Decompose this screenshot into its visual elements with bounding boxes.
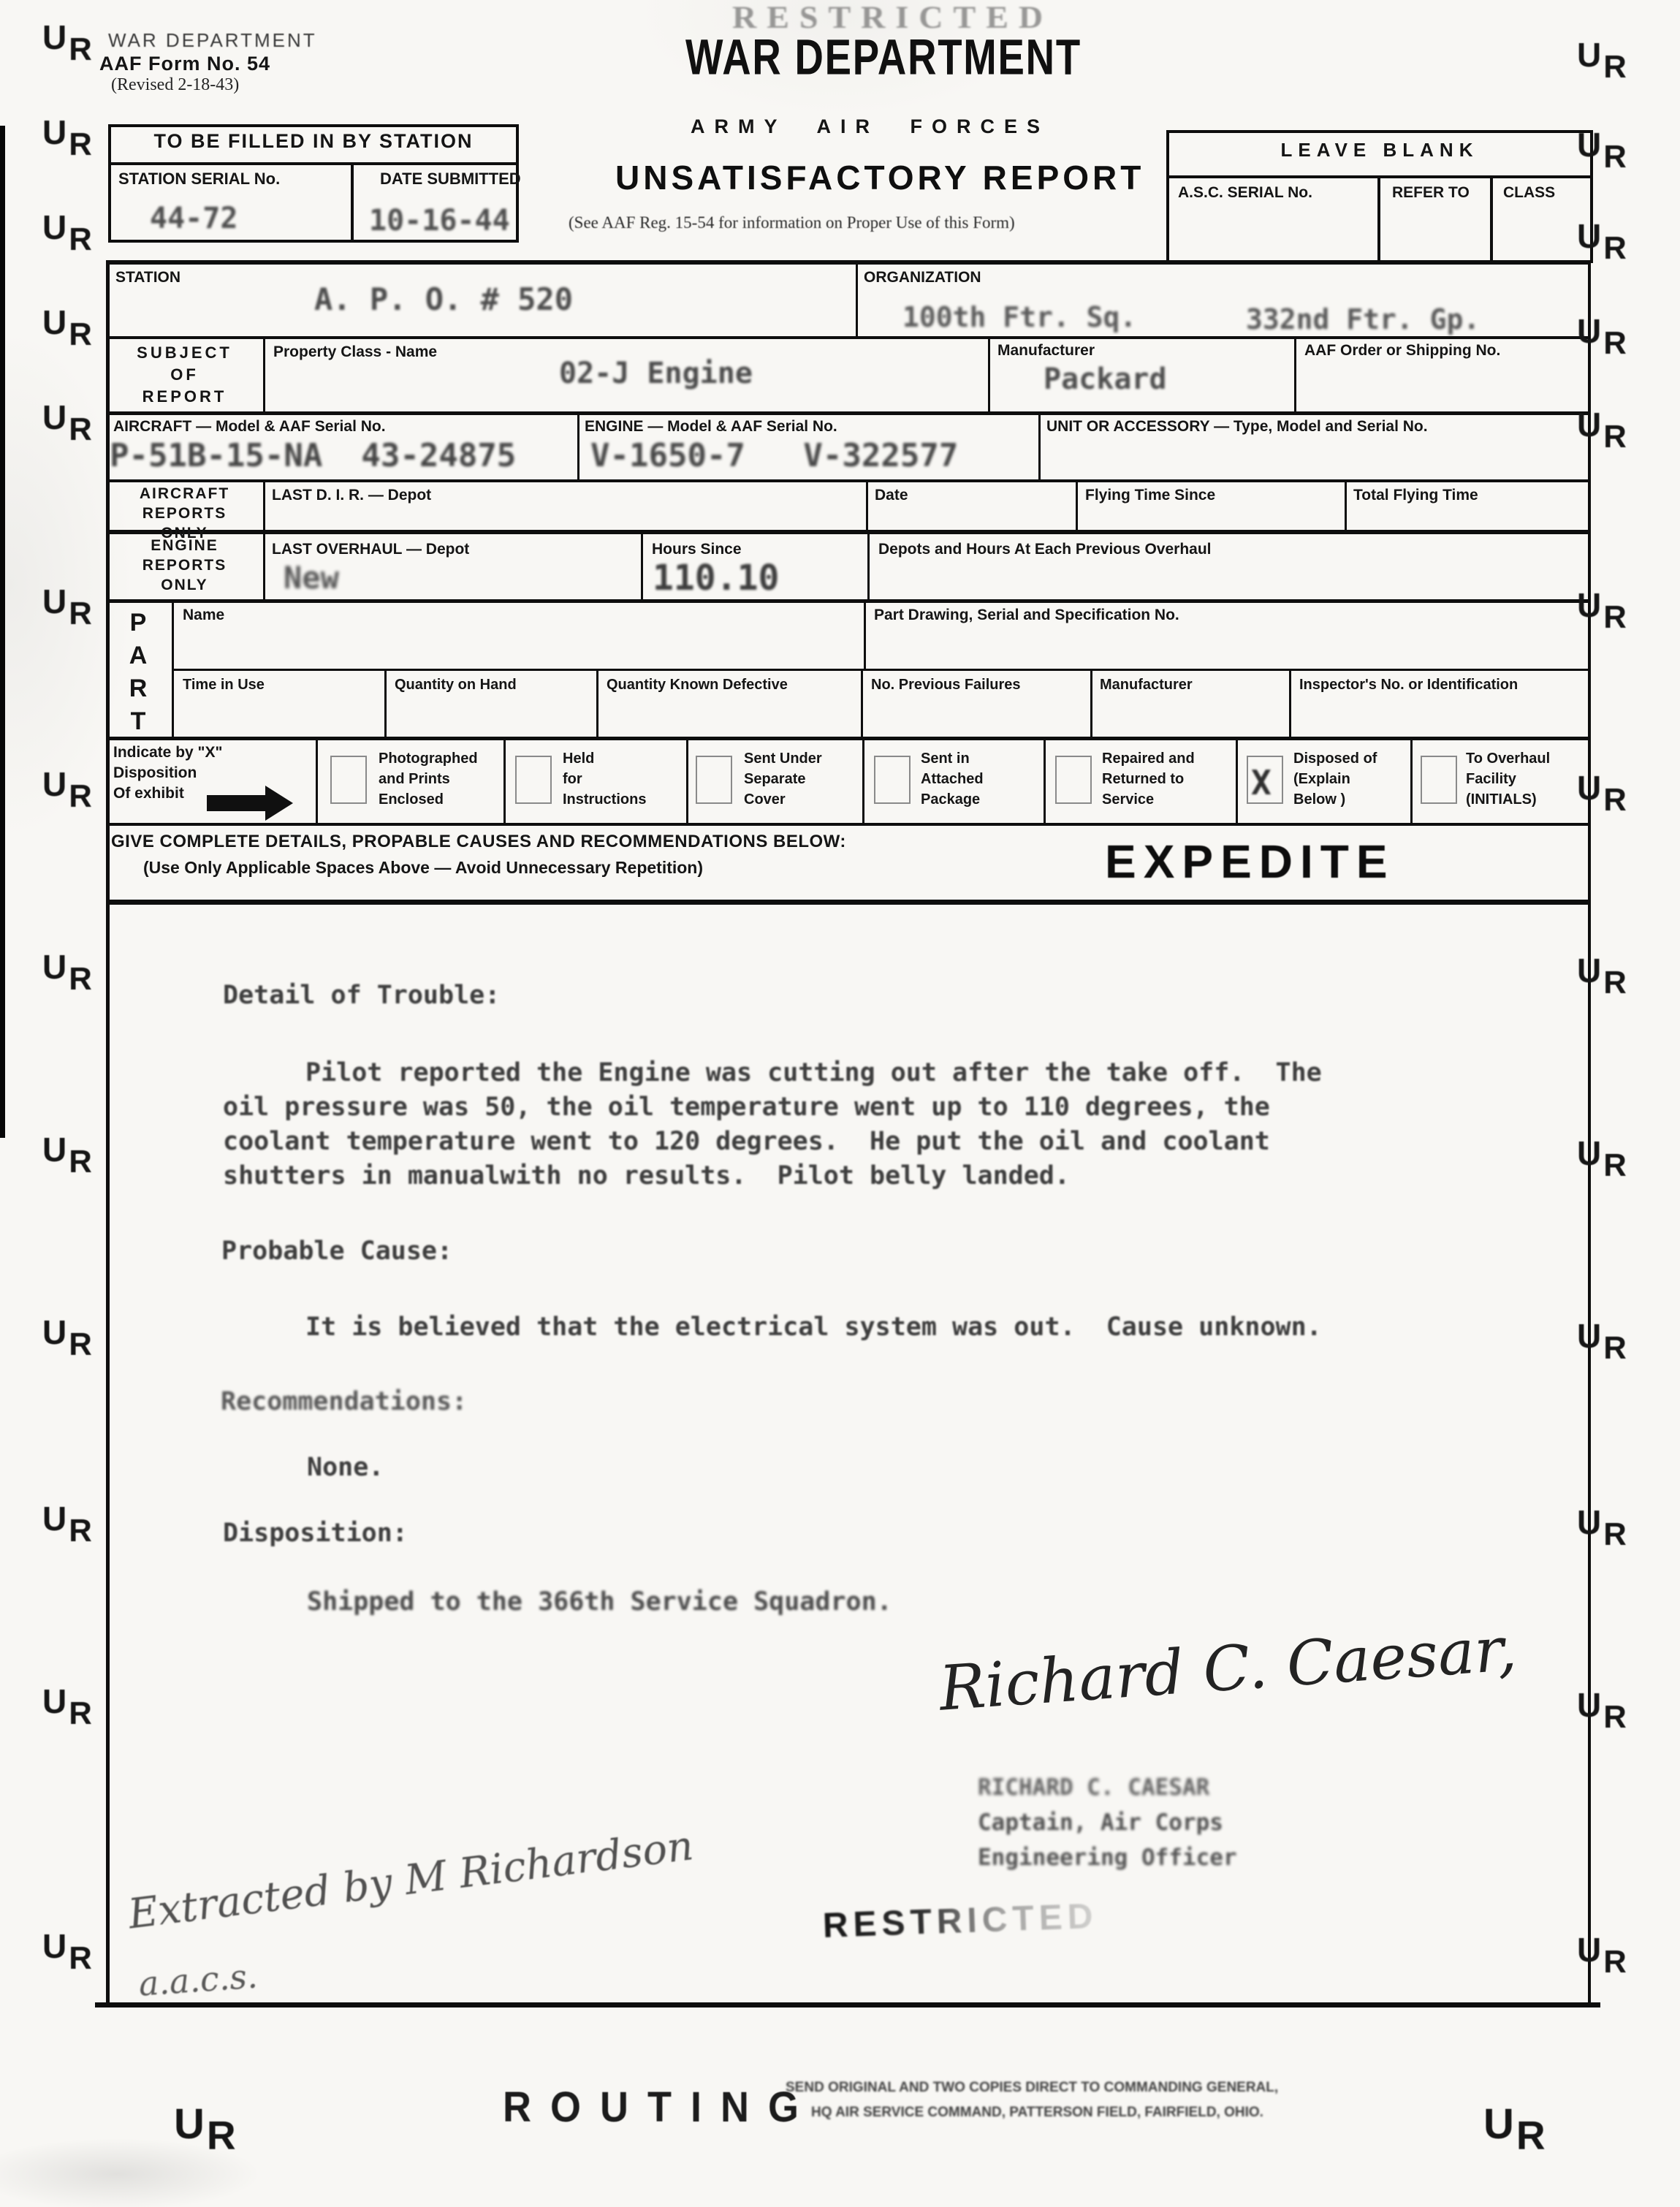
manufacturer-label: Manufacturer xyxy=(997,342,1095,360)
stamp-letter-r: R xyxy=(69,319,92,351)
date-label: Date xyxy=(875,487,908,504)
reg-note: (See AAF Reg. 15-54 for information on P… xyxy=(569,213,1015,232)
stamp-letter-u: U xyxy=(1483,2100,1514,2148)
aircraft-model-value: P-51B-15-NA 43-24875 xyxy=(110,437,516,474)
form-line xyxy=(503,737,506,823)
flying-time-since-label: Flying Time Since xyxy=(1085,487,1215,504)
checkbox-label-line: Enclosed xyxy=(379,789,478,810)
form-line xyxy=(867,530,870,599)
stamp-letter-r: R xyxy=(69,1942,92,1975)
organization-label: ORGANIZATION xyxy=(864,269,981,286)
stamp-letter-u: U xyxy=(174,2100,205,2148)
form-line xyxy=(106,599,1591,603)
form-line xyxy=(856,260,858,336)
checkbox-label-line: Package xyxy=(921,789,984,810)
trouble-line: Pilot reported the Engine was cutting ou… xyxy=(305,1058,1322,1087)
stamp-letter-r: R xyxy=(69,598,92,630)
margin-stamp-ur: UR xyxy=(42,20,90,55)
stamp-letter-u: U xyxy=(1577,1134,1601,1172)
form-line xyxy=(1490,175,1493,263)
checkbox-label-line: Facility xyxy=(1466,769,1550,789)
stamp-letter-r: R xyxy=(1603,1701,1627,1733)
checkbox-label-line: and Prints xyxy=(379,769,478,789)
aircraft-sidebar-line: REPORTS xyxy=(106,504,263,523)
checkbox-label-line: Repaired and xyxy=(1102,748,1195,769)
engine-sidebar-line: ENGINE xyxy=(106,536,263,555)
margin-stamp-ur: UR xyxy=(42,950,90,984)
time-in-use-label: Time in Use xyxy=(183,677,265,694)
stamp-letter-r: R xyxy=(69,224,92,256)
asc-serial-label: A.S.C. SERIAL No. xyxy=(1178,184,1312,202)
inspector-no-label: Inspector's No. or Identification xyxy=(1299,677,1518,694)
engine-model-value: V-1650-7 V-322577 xyxy=(590,437,958,474)
stamp-letter-u: U xyxy=(42,18,66,56)
form-line xyxy=(861,669,863,737)
form-line xyxy=(1044,737,1046,823)
part-sidebar-letter: R xyxy=(106,672,170,705)
stamp-letter-u: U xyxy=(1577,586,1601,624)
date-submitted-label: DATE SUBMITTED xyxy=(380,170,521,189)
part-sidebar-letter: A xyxy=(106,639,170,672)
stamp-letter-u: U xyxy=(42,1927,66,1965)
margin-stamp-ur: UR xyxy=(42,305,90,340)
margin-stamp-ur: UR xyxy=(1577,1505,1624,1540)
trouble-heading: Detail of Trouble: xyxy=(223,981,500,1010)
form-line xyxy=(384,669,387,737)
form-line xyxy=(106,737,1591,740)
margin-stamp-ur: UR xyxy=(174,2103,234,2146)
disposition-heading: Disposition: xyxy=(223,1519,408,1548)
margin-stamp-ur: UR xyxy=(42,1133,90,1167)
last-overhaul-value: New xyxy=(284,560,339,596)
form-line xyxy=(106,336,1591,339)
form-line xyxy=(263,336,265,411)
stamp-letter-r: R xyxy=(69,414,92,446)
margin-stamp-ur: UR xyxy=(42,767,90,802)
previous-failures-label: No. Previous Failures xyxy=(871,677,1021,694)
subject-sidebar-line: SUBJECT xyxy=(106,342,263,364)
property-class-value: 02-J Engine xyxy=(559,357,753,390)
stamp-letter-u: U xyxy=(1577,36,1601,74)
margin-stamp-ur: UR xyxy=(42,400,90,435)
stamp-letter-u: U xyxy=(1577,1686,1601,1724)
form-line xyxy=(106,411,1591,415)
form-line xyxy=(1410,737,1413,823)
form-line xyxy=(106,900,1591,905)
organization-value-group: 332nd Ftr. Gp. xyxy=(1246,303,1480,335)
checkbox-label-line: Attached xyxy=(921,769,984,789)
form-line xyxy=(862,737,864,823)
trouble-line: coolant temperature went to 120 degrees.… xyxy=(223,1127,1270,1156)
checkbox-repaired-returned-label: Repaired and Returned to Service xyxy=(1102,748,1195,810)
checkbox-label-line: for xyxy=(563,769,646,789)
form-line xyxy=(106,260,1591,265)
checkbox-label-line: Separate xyxy=(744,769,822,789)
handwritten-note: Extracted by M Richardson xyxy=(126,1822,696,1938)
checkbox-label-line: Photographed xyxy=(379,748,478,769)
form-line xyxy=(1076,479,1078,530)
stamp-letter-u: U xyxy=(42,582,66,620)
checkbox-overhaul-facility xyxy=(1421,756,1457,804)
checkbox-label-line: Sent Under xyxy=(744,748,822,769)
war-department-title: WAR DEPARTMENT xyxy=(685,29,1082,86)
stamp-letter-u: U xyxy=(1577,1317,1601,1355)
form-line xyxy=(172,599,174,737)
signature-typed-name: RICHARD C. CAESAR xyxy=(978,1774,1209,1801)
part-sidebar-letter: T xyxy=(106,705,170,738)
stamp-letter-u: U xyxy=(1577,769,1601,807)
stamp-letter-r: R xyxy=(1603,967,1627,999)
army-air-forces-title: ARMY AIR FORCES xyxy=(691,115,1049,138)
form-line xyxy=(1038,411,1041,479)
station-value: A. P. O. # 520 xyxy=(314,281,573,317)
margin-stamp-ur: UR xyxy=(1483,2103,1543,2146)
aaf-order-label: AAF Order or Shipping No. xyxy=(1304,342,1500,360)
checkbox-label-line: Service xyxy=(1102,789,1195,810)
checkbox-held xyxy=(515,756,552,804)
stamp-letter-r: R xyxy=(1603,141,1627,173)
margin-stamp-ur: UR xyxy=(1577,38,1624,72)
stamp-letter-r: R xyxy=(1603,784,1627,816)
station-box-title: TO BE FILLED IN BY STATION xyxy=(108,130,519,153)
stamp-letter-u: U xyxy=(1577,1931,1601,1969)
trouble-line: oil pressure was 50, the oil temperature… xyxy=(223,1093,1270,1122)
form-line xyxy=(95,2002,1600,2007)
part-name-label: Name xyxy=(183,607,224,624)
corner-revised: (Revised 2-18-43) xyxy=(111,75,239,95)
stamp-letter-u: U xyxy=(1577,217,1601,255)
stamp-letter-r: R xyxy=(1516,2116,1546,2156)
checkbox-separate-cover-label: Sent Under Separate Cover xyxy=(744,748,822,810)
checkbox-label-line: Sent in xyxy=(921,748,984,769)
engine-reports-sidebar: ENGINE REPORTS ONLY xyxy=(106,536,263,595)
part-drawing-label: Part Drawing, Serial and Specification N… xyxy=(874,607,1179,624)
recommendations-line: None. xyxy=(307,1453,384,1482)
checkbox-overhaul-facility-label: To Overhaul Facility (INITIALS) xyxy=(1466,748,1550,810)
engine-sidebar-line: ONLY xyxy=(106,575,263,595)
stamp-letter-r: R xyxy=(69,780,92,813)
margin-stamp-ur: UR xyxy=(1577,314,1624,349)
form-line xyxy=(866,479,868,530)
stamp-letter-u: U xyxy=(42,303,66,341)
checkbox-attached-package xyxy=(874,756,911,804)
part-sidebar-letter: P xyxy=(106,607,170,639)
checkbox-disposed-of-label: Disposed of (Explain Below ) xyxy=(1293,748,1377,810)
form-line xyxy=(1090,669,1092,737)
form-line xyxy=(108,162,519,165)
stamp-letter-r: R xyxy=(69,34,92,66)
margin-stamp-ur: UR xyxy=(42,115,90,150)
disposition-indicate-label: Of exhibit xyxy=(113,785,184,802)
signature-typed-title: Engineering Officer xyxy=(978,1845,1237,1871)
trouble-line: shutters in manualwith no results. Pilot… xyxy=(223,1161,1070,1190)
stamp-letter-r: R xyxy=(1603,1332,1627,1364)
checkbox-label-line: (INITIALS) xyxy=(1466,789,1550,810)
aircraft-sidebar-line: AIRCRAFT xyxy=(106,484,263,504)
form-line xyxy=(988,336,990,411)
stamp-letter-r: R xyxy=(69,1146,92,1178)
stamp-letter-r: R xyxy=(69,963,92,995)
subject-sidebar-line: OF xyxy=(106,364,263,386)
part-manufacturer-label: Manufacturer xyxy=(1100,677,1193,694)
checkbox-held-label: Held for Instructions xyxy=(563,748,646,810)
stamp-letter-r: R xyxy=(1603,601,1627,634)
probable-cause-heading: Probable Cause: xyxy=(221,1237,452,1266)
disposition-indicate-label: Disposition xyxy=(113,764,197,782)
stamp-letter-u: U xyxy=(42,398,66,436)
scanned-form-page: WAR DEPARTMENT AAF Form No. 54 (Revised … xyxy=(0,0,1680,2207)
checkbox-repaired-returned xyxy=(1055,756,1092,804)
stamp-letter-u: U xyxy=(42,1500,66,1538)
margin-stamp-ur: UR xyxy=(1577,954,1624,988)
corner-form-no: AAF Form No. 54 xyxy=(99,53,270,75)
stamp-letter-r: R xyxy=(1603,1519,1627,1551)
margin-stamp-ur: UR xyxy=(1577,1688,1624,1722)
recommendations-heading: Recommendations: xyxy=(221,1387,467,1416)
form-line xyxy=(106,530,1591,534)
form-line xyxy=(686,737,688,823)
checkbox-attached-package-label: Sent in Attached Package xyxy=(921,748,984,810)
checkbox-label-line: Cover xyxy=(744,789,822,810)
stamp-letter-r: R xyxy=(1603,1946,1627,1978)
date-submitted-value: 10-16-44 xyxy=(369,204,510,238)
margin-stamp-ur: UR xyxy=(1577,128,1624,162)
form-line xyxy=(577,411,579,479)
organization-value-squadron: 100th Ftr. Sq. xyxy=(902,301,1136,333)
aircraft-reports-sidebar: AIRCRAFT REPORTS ONLY xyxy=(106,484,263,543)
margin-stamp-ur: UR xyxy=(1577,408,1624,442)
hours-since-value: 110.10 xyxy=(653,558,779,599)
stamp-letter-u: U xyxy=(42,765,66,803)
signature-typed-rank: Captain, Air Corps xyxy=(978,1809,1223,1836)
handwritten-note: a.a.c.s. xyxy=(137,1956,259,2004)
checkbox-label-line: Below ) xyxy=(1293,789,1377,810)
hours-since-label: Hours Since xyxy=(652,541,742,558)
unsatisfactory-report-title: UNSATISFACTORY REPORT xyxy=(615,158,1144,197)
last-dir-label: LAST D. I. R. — Depot xyxy=(272,487,431,504)
form-line xyxy=(106,479,1591,482)
engine-model-label: ENGINE — Model & AAF Serial No. xyxy=(585,418,837,436)
margin-stamp-ur: UR xyxy=(1577,771,1624,805)
checkbox-disposed-of-mark: X xyxy=(1251,763,1272,802)
margin-stamp-ur: UR xyxy=(1577,1933,1624,1967)
subject-sidebar-line: REPORT xyxy=(106,386,263,408)
stamp-letter-r: R xyxy=(69,129,92,161)
stamp-letter-r: R xyxy=(1603,327,1627,360)
stamp-letter-u: U xyxy=(1577,406,1601,444)
restricted-stamp-bottom: RESTRICTED xyxy=(822,1896,1098,1946)
form-line xyxy=(641,530,643,599)
form-line xyxy=(1236,737,1238,823)
stamp-letter-r: R xyxy=(69,1515,92,1547)
stamp-letter-u: U xyxy=(42,948,66,986)
give-details-line: GIVE COMPLETE DETAILS, PROPABLE CAUSES A… xyxy=(111,832,846,852)
probable-cause-line: It is believed that the electrical syste… xyxy=(305,1313,1322,1342)
stamp-letter-r: R xyxy=(1603,51,1627,83)
stamp-letter-u: U xyxy=(42,1682,66,1720)
station-label: STATION xyxy=(115,269,180,286)
margin-stamp-ur: UR xyxy=(1577,588,1624,623)
checkbox-separate-cover xyxy=(696,756,732,804)
right-arrow-icon xyxy=(265,786,293,821)
form-line xyxy=(1377,175,1380,263)
part-sidebar: P A R T xyxy=(106,607,170,738)
quantity-defective-label: Quantity Known Defective xyxy=(607,677,788,694)
margin-stamp-ur: UR xyxy=(1577,1136,1624,1171)
checkbox-photographed xyxy=(330,756,367,804)
stamp-letter-u: U xyxy=(1577,951,1601,989)
unit-accessory-label: UNIT OR ACCESSORY — Type, Model and Seri… xyxy=(1046,418,1428,436)
stamp-letter-u: U xyxy=(42,1313,66,1351)
stamp-letter-r: R xyxy=(1603,232,1627,265)
last-overhaul-label: LAST OVERHAUL — Depot xyxy=(272,541,469,558)
margin-stamp-ur: UR xyxy=(42,1315,90,1350)
refer-to-label: REFER TO xyxy=(1392,184,1470,202)
form-line xyxy=(351,162,354,243)
routing-instructions: HQ AIR SERVICE COMMAND, PATTERSON FIELD,… xyxy=(811,2105,1263,2121)
stamp-letter-r: R xyxy=(69,1698,92,1730)
class-label: CLASS xyxy=(1503,184,1555,202)
stamp-letter-u: U xyxy=(1577,312,1601,350)
station-serial-value: 44-72 xyxy=(150,202,237,235)
margin-stamp-ur: UR xyxy=(1577,219,1624,254)
stamp-letter-u: U xyxy=(1577,1503,1601,1541)
stamp-letter-u: U xyxy=(42,113,66,151)
form-line xyxy=(106,823,1591,826)
stamp-letter-r: R xyxy=(207,2116,236,2156)
leave-blank-title: LEAVE BLANK xyxy=(1166,139,1593,162)
routing-label: ROUTING xyxy=(503,2083,818,2132)
checkbox-photographed-label: Photographed and Prints Enclosed xyxy=(379,748,478,810)
disposition-indicate-label: Indicate by "X" xyxy=(113,744,222,761)
margin-stamp-ur: UR xyxy=(42,585,90,619)
routing-instructions: SEND ORIGINAL AND TWO COPIES DIRECT TO C… xyxy=(786,2080,1278,2096)
form-line xyxy=(263,479,265,599)
depots-hours-label: Depots and Hours At Each Previous Overha… xyxy=(878,541,1212,558)
margin-stamp-ur: UR xyxy=(42,1929,90,1964)
stamp-letter-r: R xyxy=(1603,421,1627,453)
form-line xyxy=(1294,336,1296,411)
subject-of-report-sidebar: SUBJECT OF REPORT xyxy=(106,342,263,408)
property-class-label: Property Class - Name xyxy=(273,343,437,361)
stamp-letter-u: U xyxy=(42,1131,66,1169)
checkbox-label-line: Returned to xyxy=(1102,769,1195,789)
form-line xyxy=(864,599,866,669)
corner-dept-label: WAR DEPARTMENT xyxy=(108,29,317,52)
checkbox-label-line: Instructions xyxy=(563,789,646,810)
margin-stamp-ur: UR xyxy=(42,1502,90,1536)
use-applicable-line: (Use Only Applicable Spaces Above — Avoi… xyxy=(143,858,703,878)
form-line xyxy=(1289,669,1291,737)
disposition-line: Shipped to the 366th Service Squadron. xyxy=(307,1587,892,1617)
stamp-letter-u: U xyxy=(1577,126,1601,164)
checkbox-label-line: Disposed of xyxy=(1293,748,1377,769)
expedite-stamp: EXPEDITE xyxy=(1105,835,1395,889)
manufacturer-value: Packard xyxy=(1044,362,1167,396)
checkbox-label-line: (Explain xyxy=(1293,769,1377,789)
stamp-letter-r: R xyxy=(1603,1150,1627,1182)
form-line xyxy=(1345,479,1347,530)
margin-stamp-ur: UR xyxy=(42,1684,90,1719)
stamp-letter-r: R xyxy=(69,1329,92,1361)
margin-stamp-ur: UR xyxy=(42,210,90,245)
right-arrow-icon xyxy=(207,795,267,811)
quantity-on-hand-label: Quantity on Hand xyxy=(395,677,517,694)
form-line xyxy=(316,737,318,823)
signature-script: Richard C. Caesar, xyxy=(937,1613,1519,1725)
scan-edge-line xyxy=(0,126,5,1138)
checkbox-label-line: To Overhaul xyxy=(1466,748,1550,769)
aircraft-model-label: AIRCRAFT — Model & AAF Serial No. xyxy=(113,418,386,436)
form-line xyxy=(596,669,598,737)
total-flying-time-label: Total Flying Time xyxy=(1353,487,1478,504)
station-serial-label: STATION SERIAL No. xyxy=(118,170,280,189)
stamp-letter-u: U xyxy=(42,208,66,246)
margin-stamp-ur: UR xyxy=(1577,1319,1624,1353)
engine-sidebar-line: REPORTS xyxy=(106,555,263,575)
checkbox-label-line: Held xyxy=(563,748,646,769)
